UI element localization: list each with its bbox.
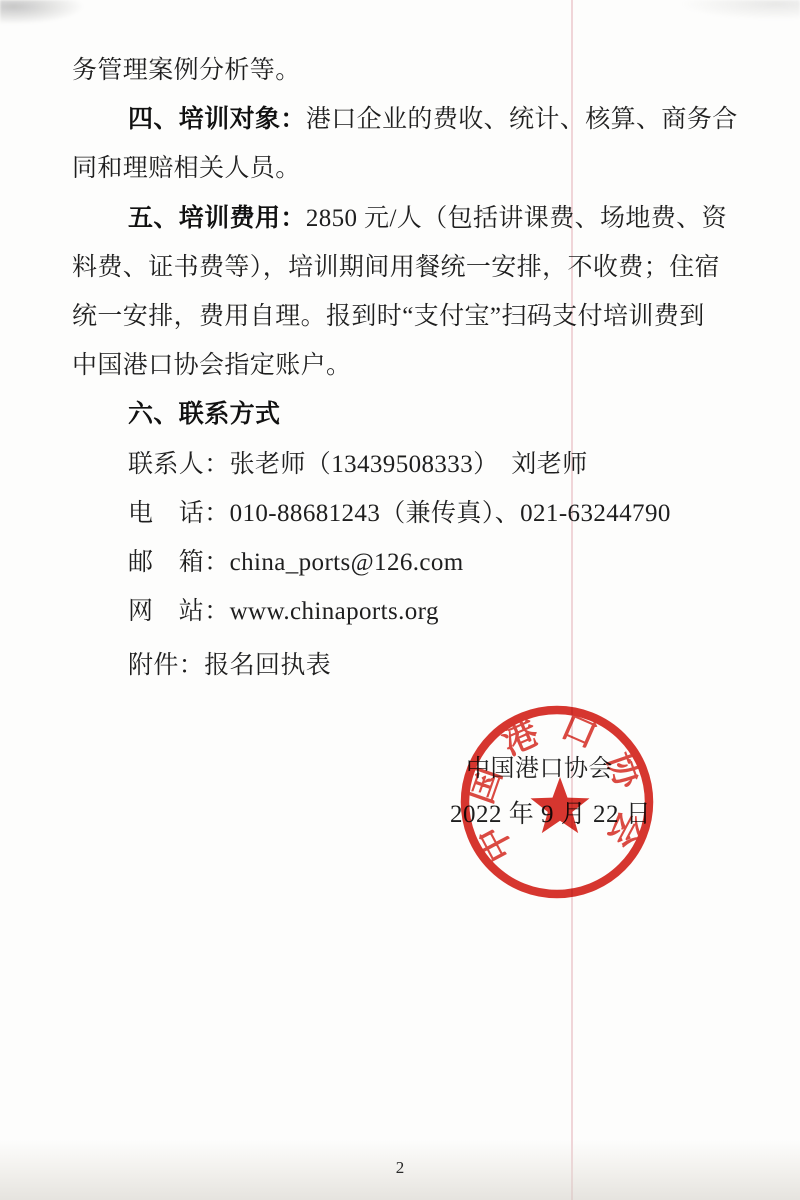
text-line: 邮 箱：china_ports@126.com [72, 538, 732, 587]
section-heading: 五、培训费用： [128, 204, 306, 232]
scan-artifact-top-right-smudge [680, 0, 800, 20]
text-line: 中国港口协会指定账户。 [72, 341, 732, 390]
body-text-run: 同和理赔相关人员。 [72, 155, 301, 182]
section-heading: 四、培训对象： [128, 105, 306, 133]
body-text-run: 邮 箱：china_ports@126.com [128, 549, 464, 576]
text-line: 务管理案例分析等。 [72, 46, 732, 95]
body-text-run: 附件：报名回执表 [128, 652, 331, 679]
text-line: 六、联系方式 [72, 390, 732, 439]
text-line: 附件：报名回执表 [72, 641, 732, 690]
scan-artifact-top-left-smudge [0, 0, 90, 26]
body-text-run: 电 话：010-88681243（兼传真）、021-63244790 [128, 500, 671, 527]
text-line: 料费、证书费等），培训期间用餐统一安排，不收费；住宿 [72, 243, 732, 292]
body-text-run: 网 站：www.chinaports.org [128, 598, 439, 625]
text-line: 联系人：张老师（13439508333） 刘老师 [72, 440, 732, 489]
page-number: 2 [380, 1158, 420, 1178]
official-seal-stamp: 中国港口协会 [457, 702, 657, 902]
body-text-run: 料费、证书费等），培训期间用餐统一安排，不收费；住宿 [72, 254, 720, 281]
text-line: 四、培训对象：港口企业的费收、统计、核算、商务合 [72, 95, 732, 144]
star-icon [531, 777, 590, 833]
text-line: 网 站：www.chinaports.org [72, 587, 732, 636]
text-line: 同和理赔相关人员。 [72, 144, 732, 193]
body-text-run: 务管理案例分析等。 [72, 57, 301, 84]
body-text-run: 中国港口协会指定账户。 [72, 352, 351, 379]
text-line: 统一安排，费用自理。报到时“支付宝”扫码支付培训费到 [72, 292, 732, 341]
document-page: 务管理案例分析等。四、培训对象：港口企业的费收、统计、核算、商务合同和理赔相关人… [0, 0, 800, 1200]
body-text: 务管理案例分析等。四、培训对象：港口企业的费收、统计、核算、商务合同和理赔相关人… [72, 46, 732, 690]
text-line: 电 话：010-88681243（兼传真）、021-63244790 [72, 489, 732, 538]
section-heading: 六、联系方式 [128, 400, 280, 428]
body-text-run: 2850 元/人（包括讲课费、场地费、资 [306, 205, 727, 232]
body-text-run: 联系人：张老师（13439508333） 刘老师 [128, 451, 588, 478]
body-text-run: 统一安排，费用自理。报到时“支付宝”扫码支付培训费到 [72, 303, 705, 330]
body-text-run: 港口企业的费收、统计、核算、商务合 [306, 106, 738, 133]
text-line: 五、培训费用：2850 元/人（包括讲课费、场地费、资 [72, 194, 732, 243]
